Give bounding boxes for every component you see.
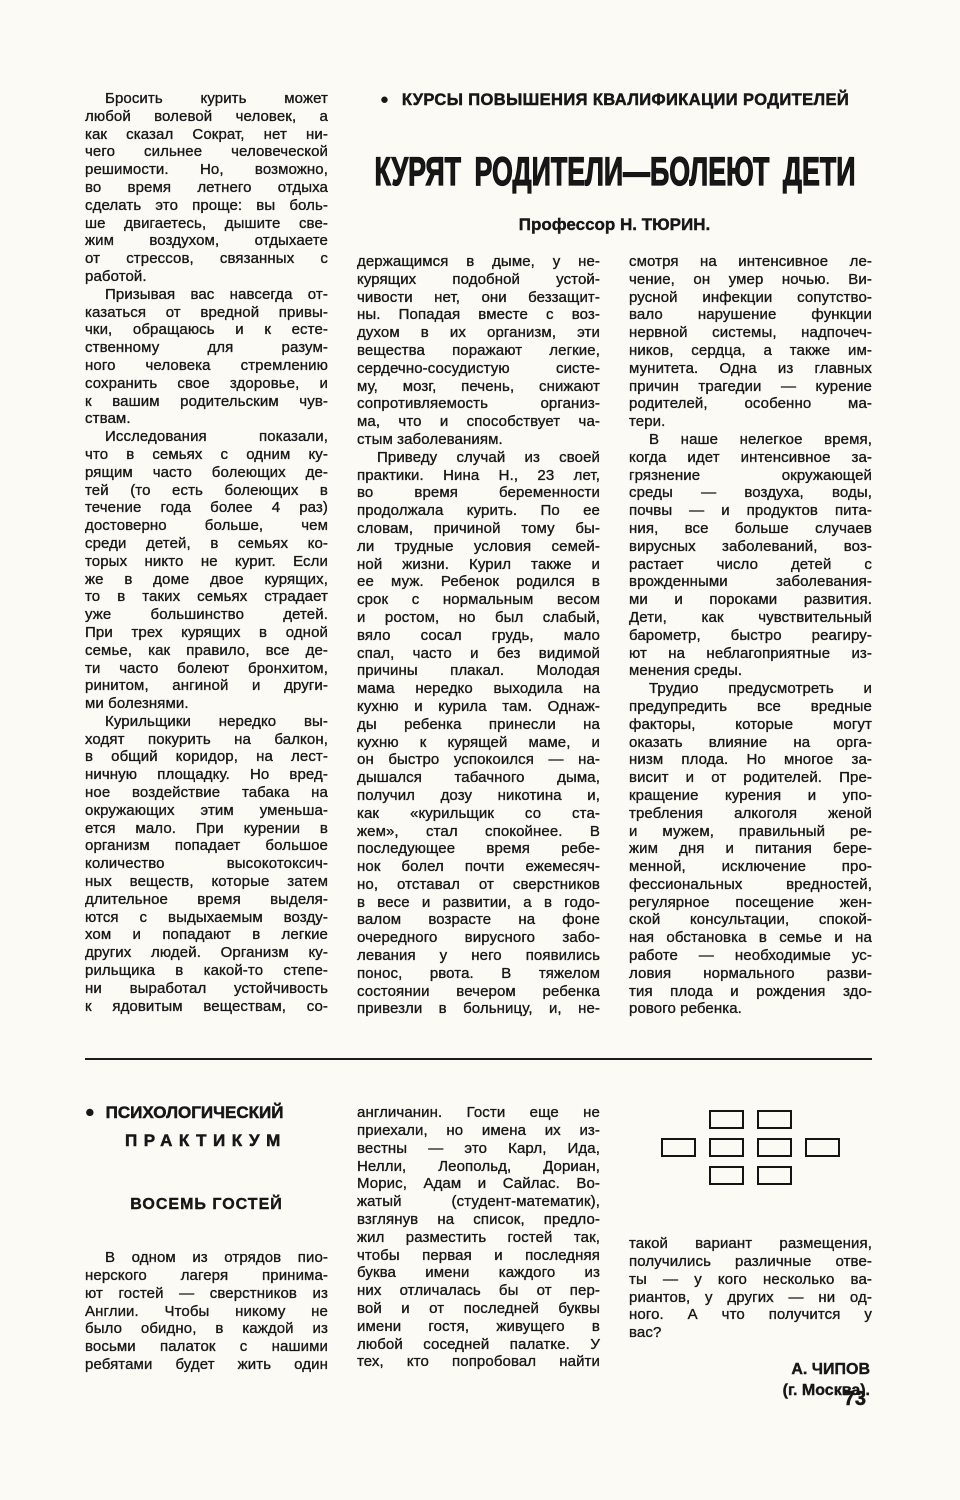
text-line: ты — у кого несколько ва-	[629, 1271, 872, 1289]
text-line: торых никто не курит. Если	[85, 553, 328, 571]
text-line: вало нарушение функции	[629, 306, 872, 324]
text-line: сделать это проще: вы боль-	[85, 197, 328, 215]
text-line: чки, обращаюсь и к есте-	[85, 321, 328, 339]
text-line: достоверно больше, чем	[85, 517, 328, 535]
article-title: КУРЯТ РОДИТЕЛИ—БОЛЕЮТ ДЕТИ	[357, 149, 872, 195]
text-line: продолжала курить. По ее	[357, 502, 600, 520]
text-line: тей (то есть болеющих в	[85, 482, 328, 500]
text-line: ников, сердца, а также им-	[629, 342, 872, 360]
page-number: 73	[844, 1388, 866, 1411]
article-title-text: КУРЯТ РОДИТЕЛИ—БОЛЕЮТ ДЕТИ	[374, 149, 855, 195]
paragraph: держащимся в дыме, у не-курящих подобной…	[357, 253, 600, 449]
text-line: в весе и развитии, а в годо-	[357, 894, 600, 912]
text-line: ми и пороками развития.	[629, 591, 872, 609]
text-line: ного. А что получится у	[629, 1306, 872, 1324]
tents-diagram	[629, 1104, 872, 1185]
paragraph: Трудио предусмотреть ипредупредить все в…	[629, 680, 872, 1018]
signature: А. ЧИПОВ (г. Москва).	[629, 1359, 872, 1401]
text-line: решимости. Но, возможно,	[85, 161, 328, 179]
text-line: ловия нормального разви-	[629, 965, 872, 983]
text-line: валом возрасте на фоне	[357, 911, 600, 929]
paragraph: англичанин. Гости еще неприехали, но име…	[357, 1104, 600, 1371]
text-line: работе — необходимые ус-	[629, 947, 872, 965]
text-line: требления алкоголя женой	[629, 805, 872, 823]
paragraph: В одном из отрядов пио-нерского лагеря п…	[85, 1249, 328, 1374]
text-line: В одном из отрядов пио-	[85, 1249, 328, 1267]
text-line: понос, рвота. В тяжелом	[357, 965, 600, 983]
text-line: количество высокотоксич-	[85, 855, 328, 873]
text-line: уже большинство детей.	[85, 606, 328, 624]
text-line: ской консультации, спокой-	[629, 911, 872, 929]
paragraph: Призывая вас навсегда от-казаться от вре…	[85, 286, 328, 428]
magazine-page: Бросить курить можетлюбой волевой челове…	[0, 0, 960, 1500]
text-line: При трех курящих в одной	[85, 624, 328, 642]
text-line: ти часто болеют бронхитом,	[85, 660, 328, 678]
text-line: сохранить свое здоровье, и	[85, 375, 328, 393]
text-line: состоянии вечером ребенка	[357, 983, 600, 1001]
tent-row	[629, 1110, 872, 1129]
text-line: стым заболеваниям.	[357, 431, 600, 449]
text-line: работой.	[85, 268, 328, 286]
text-line: к вашим родительским чув-	[85, 393, 328, 411]
text-line: же в доме двое курящих,	[85, 571, 328, 589]
text-line: Англии. Чтобы никому не	[85, 1303, 328, 1321]
text-line: сопротивляемость организ-	[357, 395, 600, 413]
text-line: сердечно-сосудистую систе-	[357, 360, 600, 378]
text-line: ходят покурить на балкон,	[85, 731, 328, 749]
text-line: тех, кто попробовал найти	[357, 1353, 600, 1371]
text-line: рового ребенка.	[629, 1000, 872, 1018]
text-line: врожденными заболевания-	[629, 573, 872, 591]
text-line: ное воздействие табака на	[85, 784, 328, 802]
text-line: жем», стал спокойнее. В	[357, 823, 600, 841]
text-line: он быстро успокоился — на-	[357, 751, 600, 769]
text-line: ная обстановка в семье и на	[629, 929, 872, 947]
paragraph: Исследования показали,что в семьях с одн…	[85, 428, 328, 713]
text-line: очередного вирусного забо-	[357, 929, 600, 947]
practicum-kicker-line1: ПСИХОЛОГИЧЕСКИЙ	[106, 1103, 284, 1122]
article-column-2: держащимся в дыме, у не-курящих подобной…	[357, 253, 600, 1018]
text-line: ринитом, ангиной и други-	[85, 677, 328, 695]
section-divider	[85, 1058, 872, 1060]
text-line: англичанин. Гости еще не	[357, 1104, 600, 1122]
text-line: среды — воздуха, воды,	[629, 484, 872, 502]
text-line: причины плакал. Молодая	[357, 662, 600, 680]
text-line: то в таких семьях страдает	[85, 588, 328, 606]
text-line: риантов, у других — ни од-	[629, 1289, 872, 1307]
text-line: ют на неблагоприятные из-	[629, 645, 872, 663]
paragraph: Бросить курить можетлюбой волевой челове…	[85, 90, 328, 286]
text-line: организм попадает большое	[85, 837, 328, 855]
text-line: В наше нелегкое время,	[629, 431, 872, 449]
paragraph: Приведу случай из своейпрактики. Нина Н.…	[357, 449, 600, 1019]
text-line: смотря на интенсивное ле-	[629, 253, 872, 271]
main-article: Бросить курить можетлюбой волевой челове…	[85, 90, 872, 1018]
text-line: вой и от последней буквы	[357, 1300, 600, 1318]
text-line: восьми палаток с нашими	[85, 1338, 328, 1356]
text-line: жим дня и питания бере-	[629, 840, 872, 858]
text-line: что в семьях с одним ку-	[85, 446, 328, 464]
text-line: чивости нет, они беззащит-	[357, 289, 600, 307]
text-line: жатый (студент-математик),	[357, 1193, 600, 1211]
text-line: ни выработал устойчивость	[85, 980, 328, 998]
article-kicker: ●КУРСЫ ПОВЫШЕНИЯ КВАЛИФИКАЦИИ РОДИТЕЛЕЙ	[357, 90, 872, 111]
text-line: ли трудные условия семей-	[357, 538, 600, 556]
text-line: ного человека стремлению	[85, 357, 328, 375]
text-line: Дети, как чувствительный	[629, 609, 872, 627]
text-line: привезли в больницу, и, не-	[357, 1000, 600, 1018]
text-line: мама нередко выходила на	[357, 680, 600, 698]
text-line: Призывая вас навсегда от-	[85, 286, 328, 304]
practicum-column-2: англичанин. Гости еще неприехали, но име…	[357, 1104, 600, 1401]
text-line: Морис, Адам и Сайлас. Во-	[357, 1175, 600, 1193]
text-line: менения среды.	[629, 662, 872, 680]
text-line: нерского лагеря принима-	[85, 1267, 328, 1285]
text-line: ее муж. Ребенок родился в	[357, 573, 600, 591]
text-line: когда идет интенсивное за-	[629, 449, 872, 467]
text-line: чение, он умер ночью. Ви-	[629, 271, 872, 289]
text-line: причин трагедии — курение	[629, 378, 872, 396]
text-line: жил разместить гостей так,	[357, 1229, 600, 1247]
text-line: почвы — и продуктов пита-	[629, 502, 872, 520]
text-line: му, мозг, печень, снижают	[357, 378, 600, 396]
article-columns-2-3: держащимся в дыме, у не-курящих подобной…	[357, 253, 872, 1018]
practicum-kicker: ●ПСИХОЛОГИЧЕСКИЙ	[85, 1104, 328, 1122]
text-line: ребятами будет жить один	[85, 1356, 328, 1374]
text-line: кухню и курила там. Однаж-	[357, 698, 600, 716]
text-line: ных веществ, которые затем	[85, 873, 328, 891]
practicum-title: ВОСЕМЬ ГОСТЕЙ	[85, 1196, 328, 1214]
text-line: длительное время выделя-	[85, 891, 328, 909]
tent-box	[805, 1138, 840, 1157]
text-line: мунитета. Одна из главных	[629, 360, 872, 378]
article-column-3: смотря на интенсивное ле-чение, он умер …	[629, 253, 872, 1018]
article-header-and-columns: ●КУРСЫ ПОВЫШЕНИЯ КВАЛИФИКАЦИИ РОДИТЕЛЕЙ …	[357, 90, 872, 1018]
practicum-column-1: ●ПСИХОЛОГИЧЕСКИЙ ПРАКТИКУМ ВОСЕМЬ ГОСТЕЙ…	[85, 1104, 328, 1401]
paragraph: В наше нелегкое время,когда идет интенси…	[629, 431, 872, 680]
text-line: них отличалась бы от пер-	[357, 1282, 600, 1300]
text-line: последующее время ребе-	[357, 840, 600, 858]
text-line: кращение курения и упо-	[629, 787, 872, 805]
text-line: ется мало. При курении в	[85, 820, 328, 838]
text-line: предупредить все вредные	[629, 698, 872, 716]
article-kicker-label: КУРСЫ ПОВЫШЕНИЯ КВАЛИФИКАЦИИ РОДИТЕЛЕЙ	[402, 91, 849, 109]
text-line: дышался табачного дыма,	[357, 769, 600, 787]
text-line: духом в их организм, эти	[357, 324, 600, 342]
text-line: держащимся в дыме, у не-	[357, 253, 600, 271]
text-line: оказать влияние на орга-	[629, 734, 872, 752]
text-line: курящих подобной устой-	[357, 271, 600, 289]
text-line: ствам.	[85, 410, 328, 428]
text-line: Исследования показали,	[85, 428, 328, 446]
text-line: ма, что и способствует ча-	[357, 413, 600, 431]
text-line: ды ребенка принесли на	[357, 716, 600, 734]
text-line: к ядовитым веществам, со-	[85, 998, 328, 1016]
text-line: родителей, особенно ма-	[629, 395, 872, 413]
text-line: Нелли, Леопольд, Дориан,	[357, 1158, 600, 1176]
text-line: левания у него появились	[357, 947, 600, 965]
tent-box	[757, 1166, 792, 1185]
text-line: нок болел почти ежемесяч-	[357, 858, 600, 876]
signature-name: А. ЧИПОВ	[629, 1359, 870, 1380]
text-line: и мужем, правильный ре-	[629, 823, 872, 841]
tent-box	[757, 1138, 792, 1157]
text-line: фессиональных вредностей,	[629, 876, 872, 894]
text-line: от стрессов, связанных с	[85, 250, 328, 268]
text-line: среди детей, в семьях ко-	[85, 535, 328, 553]
text-line: течение года более 4 раз)	[85, 499, 328, 517]
text-line: Курильщики нередко вы-	[85, 713, 328, 731]
text-line: вирусных заболеваний, воз-	[629, 538, 872, 556]
text-line: окружающих этим уменьша-	[85, 802, 328, 820]
text-line: ми болезнями.	[85, 695, 328, 713]
text-line: ния, все больше случаев	[629, 520, 872, 538]
text-line: Трудио предусмотреть и	[629, 680, 872, 698]
text-line: как сказал Сократ, нет ни-	[85, 126, 328, 144]
text-line: кухню к курящей маме, и	[357, 734, 600, 752]
text-line: других людей. Организм ку-	[85, 944, 328, 962]
text-line: и ростом, но был слабый,	[357, 609, 600, 627]
text-line: ственному для разум-	[85, 339, 328, 357]
tent-box	[709, 1166, 744, 1185]
text-line: взглянув на список, предло-	[357, 1211, 600, 1229]
practicum-text-1: В одном из отрядов пио-нерского лагеря п…	[85, 1249, 328, 1374]
text-line: тери.	[629, 413, 872, 431]
text-line: приехали, но имена их из-	[357, 1122, 600, 1140]
text-line: факторы, которые могут	[629, 716, 872, 734]
text-line: семье, как правило, все де-	[85, 642, 328, 660]
text-line: Бросить курить может	[85, 90, 328, 108]
text-line: Приведу случай из своей	[357, 449, 600, 467]
text-line: ют гостей — сверстников из	[85, 1285, 328, 1303]
text-line: получил дозу никотина и,	[357, 787, 600, 805]
text-line: жим воздухом, отдыхаете	[85, 232, 328, 250]
paragraph: смотря на интенсивное ле-чение, он умер …	[629, 253, 872, 431]
text-line: было обидно, в каждой из	[85, 1320, 328, 1338]
article-column-1: Бросить курить можетлюбой волевой челове…	[85, 90, 328, 1018]
text-line: получились различные отве-	[629, 1253, 872, 1271]
text-line: рильщика в какой-то степе-	[85, 962, 328, 980]
text-line: во время летнего отдыха	[85, 179, 328, 197]
text-line: рящим часто болеющих де-	[85, 464, 328, 482]
text-line: во время беременности	[357, 484, 600, 502]
text-line: регулярное посещение жен-	[629, 894, 872, 912]
text-line: как «курильщик со ста-	[357, 805, 600, 823]
text-line: ной жизни. Курил также и	[357, 556, 600, 574]
text-line: имени гостя, живущего в	[357, 1318, 600, 1336]
text-line: ны. Попадая вместе с воз-	[357, 306, 600, 324]
text-line: ются с выдыхаемым возду-	[85, 909, 328, 927]
tent-box	[709, 1110, 744, 1129]
text-line: тия плода и рождения здо-	[629, 983, 872, 1001]
text-line: буква имени каждого из	[357, 1264, 600, 1282]
text-line: нервной системы, надпочеч-	[629, 324, 872, 342]
text-line: ше двигаетесь, дышите све-	[85, 215, 328, 233]
text-line: но, отставал от сверстников	[357, 876, 600, 894]
signature-city: (г. Москва).	[629, 1380, 870, 1401]
text-line: вестны — это Карл, Ида,	[357, 1140, 600, 1158]
text-line: барометр, быстро реагиру-	[629, 627, 872, 645]
text-line: хом и попадают в легкие	[85, 926, 328, 944]
tent-box	[709, 1138, 744, 1157]
text-line: растает число детей с	[629, 556, 872, 574]
paragraph: такой вариант размещения,получились разл…	[629, 1235, 872, 1342]
text-line: казаться от вредной привы-	[85, 304, 328, 322]
practicum-section: ●ПСИХОЛОГИЧЕСКИЙ ПРАКТИКУМ ВОСЕМЬ ГОСТЕЙ…	[85, 1104, 872, 1401]
text-line: грязнение окружающей	[629, 467, 872, 485]
text-line: висит и от родителей. Пре-	[629, 769, 872, 787]
text-line: в общий коридор, на лест-	[85, 748, 328, 766]
text-line: чего сильнее человеческой	[85, 143, 328, 161]
article-byline: Профессор Н. ТЮРИН.	[357, 215, 872, 235]
tent-box	[757, 1110, 792, 1129]
practicum-text-3: такой вариант размещения,получились разл…	[629, 1235, 872, 1342]
tent-row	[629, 1166, 872, 1185]
text-line: вас?	[629, 1324, 872, 1342]
bullet-icon: ●	[380, 91, 389, 108]
practicum-kicker-line2: ПРАКТИКУМ	[125, 1132, 328, 1150]
text-line: спал, часто и без видимой	[357, 645, 600, 663]
text-line: срок с нормальным весом	[357, 591, 600, 609]
text-line: любой соседней палатке. У	[357, 1336, 600, 1354]
text-line: русной инфекции сопутство-	[629, 289, 872, 307]
text-line: вяло сосал грудь, мало	[357, 627, 600, 645]
text-line: словам, причиной тому бы-	[357, 520, 600, 538]
text-line: ничную площадку. Но вред-	[85, 766, 328, 784]
bullet-icon: ●	[85, 1104, 95, 1121]
practicum-column-3: такой вариант размещения,получились разл…	[629, 1104, 872, 1401]
text-line: любой волевой человек, а	[85, 108, 328, 126]
text-line: такой вариант размещения,	[629, 1235, 872, 1253]
tent-box	[661, 1138, 696, 1157]
text-line: чтобы первая и последняя	[357, 1247, 600, 1265]
text-line: вещества поражают легкие,	[357, 342, 600, 360]
text-line: менной, исключение про-	[629, 858, 872, 876]
text-line: низм плода. Но многое за-	[629, 751, 872, 769]
tent-row	[629, 1138, 872, 1157]
paragraph: Курильщики нередко вы-ходят покурить на …	[85, 713, 328, 1016]
text-line: практики. Нина Н., 23 лет,	[357, 467, 600, 485]
